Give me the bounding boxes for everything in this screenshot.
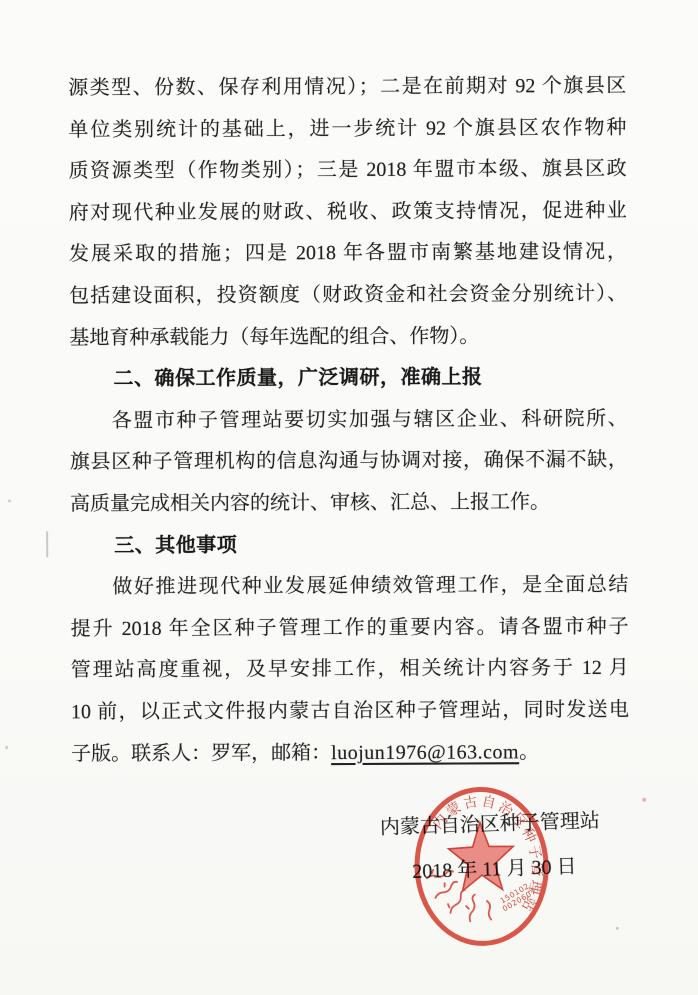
contact-suffix: 。 [519, 741, 539, 763]
seal-star-icon [448, 821, 515, 891]
document-line: 各盟市种子管理站要切实加强与辖区企业、科研院所、 [70, 399, 628, 443]
document-line: 提升 2018 年全区种子管理工作的重要内容。请各盟市种子 [70, 607, 628, 651]
email-link[interactable]: luojun1976@163.com [331, 741, 519, 764]
contact-label: 子版。联系人：罗军，邮箱： [71, 742, 331, 765]
document-line: 发展采取的措施；四是 2018 年各盟市南繁基地建设情况， [69, 232, 627, 276]
scan-artifact [5, 745, 8, 749]
document-line: 旗县区种子管理机构的信息沟通与协调对接，确保不漏不缺， [70, 440, 628, 484]
scanned-document-page: { "page": { "paper_color": "#fbfaf8", "i… [0, 0, 698, 995]
document-line: 府对现代种业发展的财政、税收、政策支持情况，促进种业 [69, 191, 627, 235]
official-seal: 内蒙古自治区种子管理站 150102 0020607 [409, 782, 553, 951]
document-line: 高质量完成相关内容的统计、审核、汇总、上报工作。 [70, 482, 628, 526]
document-line: 质资源类型（作物类别）；三是 2018 年盟市本级、旗县区政 [68, 149, 626, 193]
scan-artifact [616, 927, 619, 930]
signature-block: 内蒙古自治区种子管理站 2018 年 11 月 30 日 [2, 801, 698, 824]
document-line: 单位类别统计的基础上，进一步统计 92 个旗县区农作物种 [68, 107, 626, 151]
document-body: 源类型、份数、保存利用情况）；二是在前期对 92 个旗县区 单位类别统计的基础上… [68, 66, 629, 776]
document-line: 基地育种承载能力（每年选配的组合、作物）。 [69, 315, 627, 359]
document-sheet: 源类型、份数、保存利用情况）；二是在前期对 92 个旗县区 单位类别统计的基础上… [0, 0, 698, 995]
document-line: 10 前，以正式文件报内蒙古自治区种子管理站，同时发送电 [71, 690, 629, 734]
section-heading-2: 二、确保工作质量，广泛调研，准确上报 [69, 357, 627, 401]
document-line: 包括建设面积，投资额度（财政资金和社会资金分别统计）、 [69, 274, 627, 318]
document-line: 做好推进现代种业发展延伸绩效管理工作，是全面总结 [70, 565, 628, 609]
scan-artifact [8, 499, 11, 502]
section-heading-3: 三、其他事项 [70, 523, 628, 567]
document-line-contact: 子版。联系人：罗军，邮箱：luojun1976@163.com。 [71, 731, 629, 775]
scan-artifact [642, 798, 646, 802]
document-line: 管理站高度重视，及早安排工作，相关统计内容务于 12 月 [71, 648, 629, 692]
document-line: 源类型、份数、保存利用情况）；二是在前期对 92 个旗县区 [68, 66, 626, 110]
scan-artifact [46, 531, 48, 557]
